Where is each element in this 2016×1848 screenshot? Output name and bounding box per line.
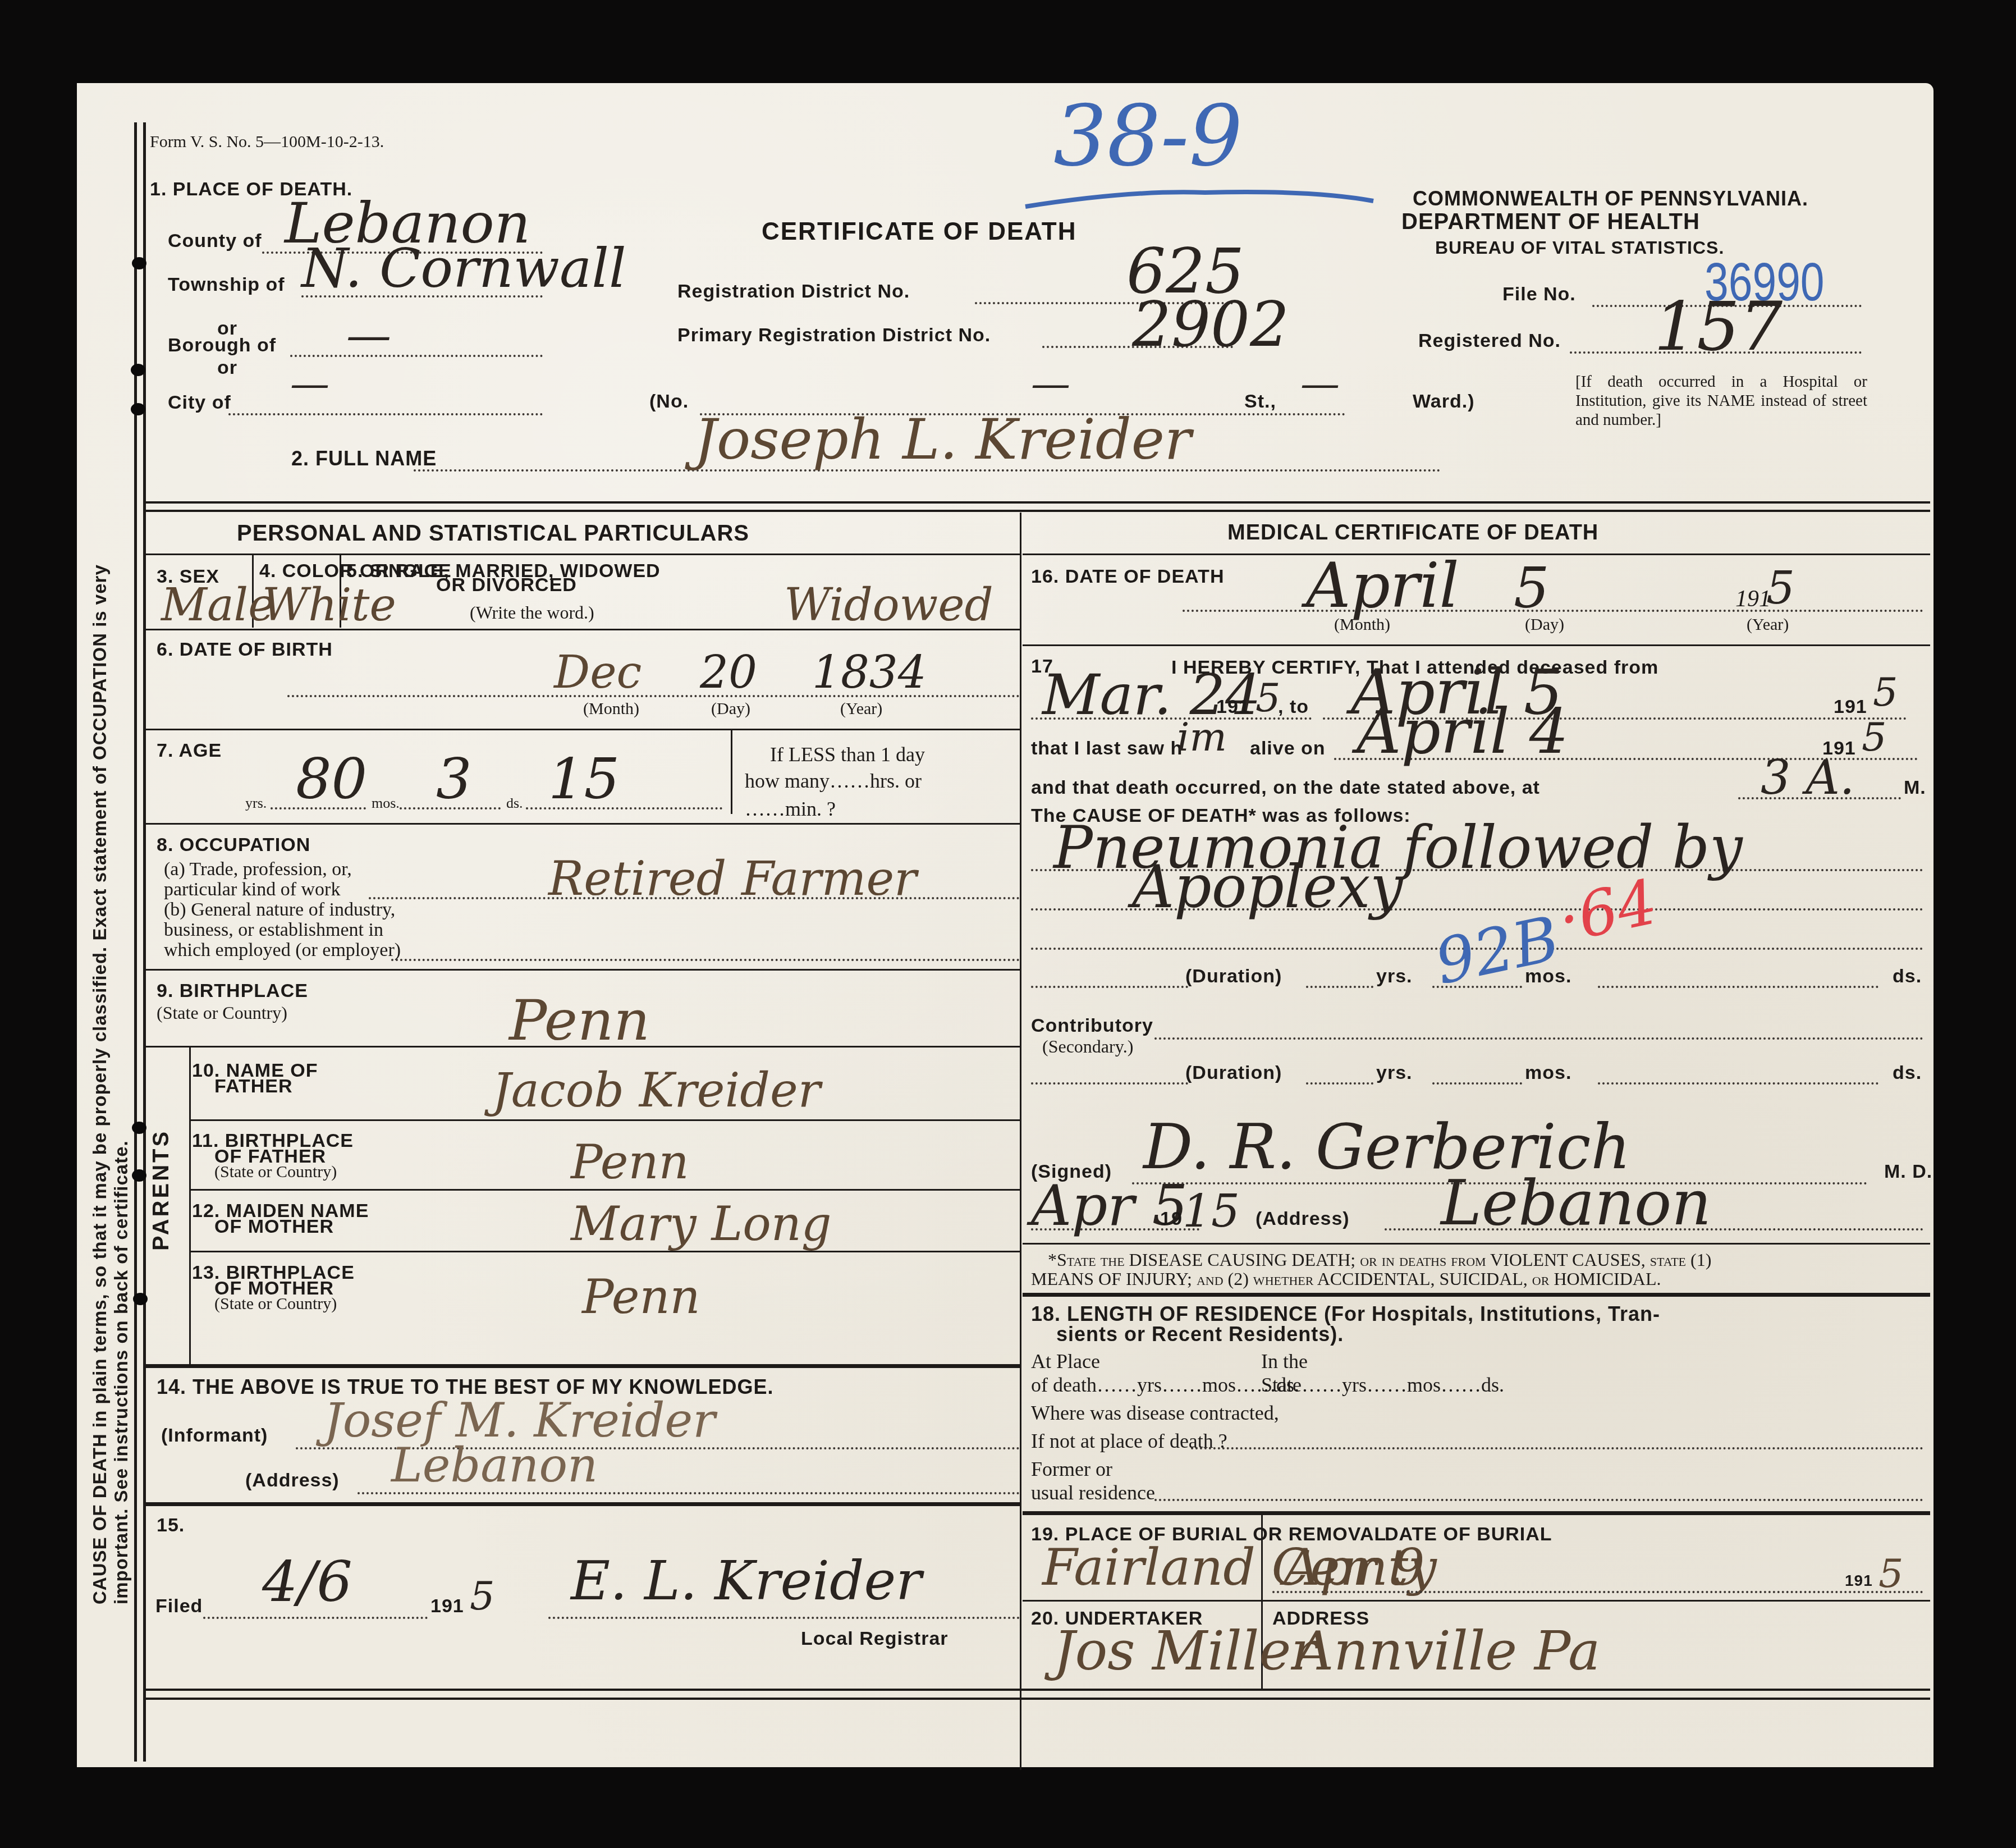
occupation-b3: which employed (or employer) xyxy=(164,940,401,961)
rule xyxy=(145,729,1020,730)
street-label: St., xyxy=(1244,391,1276,413)
burial-year-suffix: 5 xyxy=(1878,1554,1904,1593)
contracted-label: Where was disease contracted, xyxy=(1031,1401,1279,1425)
rule xyxy=(145,1046,1020,1047)
duration-mos: mos. xyxy=(1525,966,1571,987)
in-state-fields[interactable]: State……yrs……mos……ds. xyxy=(1261,1373,1504,1397)
last-saw-year: 5 xyxy=(1862,717,1887,757)
contributory-yrs: yrs. xyxy=(1376,1062,1413,1084)
punch-hole xyxy=(131,364,145,376)
duration-field[interactable] xyxy=(1031,986,1188,988)
borough-field[interactable] xyxy=(290,355,543,357)
primary-registration-value: 2902 xyxy=(1132,294,1289,355)
duration-ds-field[interactable] xyxy=(1598,986,1878,988)
rule xyxy=(190,1251,1020,1252)
sex-value: Male xyxy=(161,583,275,628)
city-label: City of xyxy=(168,392,231,414)
undertaker-address-value: Annville Pa xyxy=(1295,1624,1600,1678)
father-name-value: Jacob Kreider xyxy=(492,1067,821,1114)
issuer-line1: COMMONWEALTH OF PENNSYLVANIA. xyxy=(1413,187,1808,211)
city-value: — xyxy=(290,364,329,403)
mother-name-value: Mary Long xyxy=(571,1200,832,1247)
ward-label: Ward.) xyxy=(1413,391,1475,413)
rule xyxy=(190,1189,1020,1191)
occupation-a2: particular kind of work xyxy=(164,879,340,900)
issuer-line3: BUREAU OF VITAL STATISTICS. xyxy=(1435,237,1724,258)
filed-year-suffix: 5 xyxy=(470,1576,495,1616)
informant-label: (Informant) xyxy=(161,1425,268,1447)
marital-label-2: OR DIVORCED xyxy=(436,574,577,596)
death-time-label: and that death occurred, on the date sta… xyxy=(1031,777,1540,799)
dod-month: April xyxy=(1306,555,1459,616)
footnote-1: *State the DISEASE CAUSING DEATH; or in … xyxy=(1048,1250,1711,1270)
annotation-underline xyxy=(1020,167,1379,223)
rule xyxy=(145,510,1930,512)
informant-address-value: Lebanon xyxy=(391,1442,598,1489)
or-label: or xyxy=(217,357,237,379)
registrar-label: Local Registrar xyxy=(801,1628,949,1650)
township-value: N. Cornwall xyxy=(301,241,626,295)
occupation-b-field[interactable] xyxy=(391,959,1020,961)
contributory-mos: mos. xyxy=(1525,1062,1571,1084)
last-saw-label: that I last saw h xyxy=(1031,738,1183,760)
registered-no-value: 157 xyxy=(1654,294,1783,361)
age-mos-caption: mos. xyxy=(372,795,400,812)
duration-yrs: yrs. xyxy=(1376,966,1413,987)
burial-year-prefix: 191 xyxy=(1845,1572,1873,1590)
age-ds-caption: ds. xyxy=(506,795,523,812)
contributory-ds: ds. xyxy=(1893,1062,1922,1084)
contributory-ds-field[interactable] xyxy=(1598,1082,1878,1085)
former-residence-label: Former or xyxy=(1031,1457,1112,1481)
former-residence-label-2: usual residence xyxy=(1031,1481,1155,1504)
column-divider xyxy=(1020,513,1021,1770)
rule xyxy=(145,1689,1930,1691)
street-no-label: (No. xyxy=(649,391,689,413)
race-value: White xyxy=(262,583,396,628)
rule xyxy=(145,969,1020,971)
attended-from-year: 5 xyxy=(1256,678,1281,717)
issuer-line2: DEPARTMENT OF HEALTH xyxy=(1401,209,1700,235)
dod-label: 16. DATE OF DEATH xyxy=(1031,566,1224,588)
contributory-label: Contributory xyxy=(1031,1015,1153,1037)
dod-day: 5 xyxy=(1514,560,1550,616)
filed-date-field[interactable] xyxy=(203,1617,428,1619)
full-name-label: 2. FULL NAME xyxy=(291,447,437,470)
last-saw-pronoun: im xyxy=(1177,717,1227,757)
rule xyxy=(1023,1511,1930,1515)
county-label: County of xyxy=(168,230,262,252)
less-than-day-3: ……min. ? xyxy=(745,797,836,821)
burial-date-value: Apr 9 xyxy=(1284,1543,1425,1593)
dod-year-caption: (Year) xyxy=(1747,615,1789,634)
dob-month-caption: (Month) xyxy=(583,699,639,719)
punch-hole xyxy=(132,1122,146,1134)
rule xyxy=(145,629,1020,630)
filed-date: 4/6 xyxy=(262,1554,352,1610)
age-months: 3 xyxy=(436,751,472,807)
personal-header: PERSONAL AND STATISTICAL PARTICULARS xyxy=(237,521,749,546)
birthplace-label: 9. BIRTHPLACE xyxy=(157,980,308,1002)
less-than-day-2: how many……hrs. or xyxy=(745,769,922,793)
punch-hole xyxy=(133,1293,148,1305)
rule xyxy=(1023,1600,1930,1602)
attended-to-year: 5 xyxy=(1873,673,1898,712)
former-residence-field[interactable] xyxy=(1154,1499,1923,1501)
full-name-value: Joseph L. Kreider xyxy=(694,411,1192,468)
mother-birthplace-value: Penn xyxy=(582,1273,700,1320)
undertaker-value: Jos Miller xyxy=(1053,1624,1317,1678)
punch-hole xyxy=(132,257,146,269)
primary-registration-label: Primary Registration District No. xyxy=(677,324,991,346)
margin-note-line1: CAUSE OF DEATH in plain terms, so that i… xyxy=(89,564,111,1604)
md-label: M. D. xyxy=(1884,1161,1932,1183)
registrar-field[interactable] xyxy=(548,1617,1020,1619)
contributory-duration-field[interactable] xyxy=(1031,1082,1188,1085)
age-label: 7. AGE xyxy=(157,740,222,762)
form-number: Form V. S. No. 5—100M-10-2-13. xyxy=(150,132,384,152)
marital-hint: (Write the word.) xyxy=(470,602,594,623)
dod-month-caption: (Month) xyxy=(1334,615,1390,634)
signed-year-prefix: 19 xyxy=(1160,1208,1183,1230)
margin-note-line2: important. See instructions on back of c… xyxy=(111,1140,132,1604)
rule xyxy=(190,1119,1020,1121)
dod-field[interactable] xyxy=(1183,610,1923,612)
contributory-yrs-field[interactable] xyxy=(1306,1082,1373,1085)
file-no-label: File No. xyxy=(1502,283,1576,305)
footnote-2: MEANS OF INJURY; and (2) whether ACCIDEN… xyxy=(1031,1269,1661,1289)
filed-section-number: 15. xyxy=(157,1515,185,1536)
occupation-label: 8. OCCUPATION xyxy=(157,834,310,856)
last-saw-date: April 4 xyxy=(1357,701,1569,762)
certificate-title: CERTIFICATE OF DEATH xyxy=(762,218,1076,246)
duration-mos-field[interactable] xyxy=(1432,986,1522,988)
age-yrs-caption: yrs. xyxy=(245,795,267,812)
secondary-label: (Secondary.) xyxy=(1042,1036,1133,1057)
to-label: , to xyxy=(1278,696,1309,718)
signed-year-suffix: 15 xyxy=(1183,1189,1240,1234)
dob-month: Dec xyxy=(554,650,642,695)
mother-name-label-2: OF MOTHER xyxy=(214,1216,334,1238)
address-label: (Address) xyxy=(1256,1208,1350,1230)
contributory-field[interactable] xyxy=(1154,1037,1923,1040)
age-years: 80 xyxy=(296,751,367,807)
contributory-mos-field[interactable] xyxy=(1432,1082,1522,1085)
mother-birthplace-hint: (State or Country) xyxy=(214,1294,337,1314)
township-label: Township of xyxy=(168,274,285,296)
rule xyxy=(1023,644,1930,646)
less-than-day-1: If LESS than 1 day xyxy=(770,743,925,766)
filed-label: Filed xyxy=(155,1595,203,1617)
rule xyxy=(145,1364,1020,1368)
dob-year-caption: (Year) xyxy=(840,699,882,719)
father-birthplace-value: Penn xyxy=(571,1138,689,1186)
rule xyxy=(1023,1243,1930,1245)
contributory-duration-label: (Duration) xyxy=(1185,1062,1282,1084)
duration-yrs-field[interactable] xyxy=(1306,986,1373,988)
physician-address: Lebanon xyxy=(1441,1172,1711,1234)
cell-divider xyxy=(731,730,732,814)
in-state-label: In the xyxy=(1261,1350,1308,1373)
annotation-38-9: 38-9 xyxy=(1053,94,1243,179)
occupation-a-value: Retired Farmer xyxy=(548,855,917,902)
informant-address-label: (Address) xyxy=(245,1470,340,1492)
cause-value-2: Apoplexy xyxy=(1132,858,1403,916)
dod-year-suffix: 5 xyxy=(1766,566,1795,611)
ward-value: — xyxy=(1300,364,1340,403)
at-place-fields[interactable]: of death……yrs……mos……ds. xyxy=(1031,1373,1299,1397)
father-name-label-2: FATHER xyxy=(214,1076,292,1097)
duration-label: (Duration) xyxy=(1185,966,1282,987)
occupation-b1: (b) General nature of industry, xyxy=(164,899,395,921)
at-place-label: At Place xyxy=(1031,1350,1100,1373)
punch-hole xyxy=(131,403,145,415)
rule xyxy=(145,501,1930,504)
street-value: — xyxy=(1031,364,1070,403)
registrar-signature: E. L. Kreider xyxy=(571,1554,922,1608)
parents-label: PARENTS xyxy=(149,1129,174,1251)
dod-day-caption: (Day) xyxy=(1525,615,1564,634)
alive-on-label: alive on xyxy=(1250,738,1326,760)
death-time-suffix: M. xyxy=(1904,777,1926,799)
death-time-value: 3 A. xyxy=(1761,754,1855,801)
city-field[interactable] xyxy=(228,413,543,415)
dob-day-caption: (Day) xyxy=(711,699,750,719)
hospital-note: [If death occurred in a Hospital or Inst… xyxy=(1575,372,1867,429)
informant-value: Josef M. Kreider xyxy=(324,1397,715,1444)
medical-header: MEDICAL CERTIFICATE OF DEATH xyxy=(1227,521,1598,545)
borough-label: Borough of xyxy=(168,335,276,356)
rule xyxy=(1023,554,1930,555)
rule xyxy=(145,1502,1020,1506)
duration-ds: ds. xyxy=(1893,966,1922,987)
rule xyxy=(1023,1293,1930,1297)
registered-no-label: Registered No. xyxy=(1418,330,1561,352)
birthplace-hint: (State or Country) xyxy=(157,1003,287,1023)
contracted-field[interactable] xyxy=(1191,1447,1923,1449)
parents-divider xyxy=(189,1047,191,1364)
marital-value: Widowed xyxy=(784,583,993,628)
age-days: 15 xyxy=(548,751,620,807)
dob-label: 6. DATE OF BIRTH xyxy=(157,639,333,661)
birthplace-value: Penn xyxy=(509,992,650,1049)
borough-value: — xyxy=(346,313,391,358)
stamp-64: ·64 xyxy=(1553,871,1662,952)
residence-label-2: sients or Recent Residents). xyxy=(1056,1323,1344,1346)
death-certificate-document: CAUSE OF DEATH in plain terms, so that i… xyxy=(77,83,1933,1767)
filed-year-prefix: 191 xyxy=(430,1595,464,1617)
rule xyxy=(145,1698,1930,1700)
dod-year-prefix: 191 xyxy=(1735,585,1771,612)
occupation-a1: (a) Trade, profession, or, xyxy=(164,859,352,880)
dob-day: 20 xyxy=(700,650,757,695)
father-birthplace-hint: (State or Country) xyxy=(214,1163,337,1182)
rule xyxy=(145,554,1020,555)
dob-year: 1834 xyxy=(812,650,927,695)
rule xyxy=(145,823,1020,825)
punch-hole xyxy=(132,1169,146,1182)
registration-district-label: Registration District No. xyxy=(677,281,910,303)
occupation-b2: business, or establishment in xyxy=(164,920,383,941)
